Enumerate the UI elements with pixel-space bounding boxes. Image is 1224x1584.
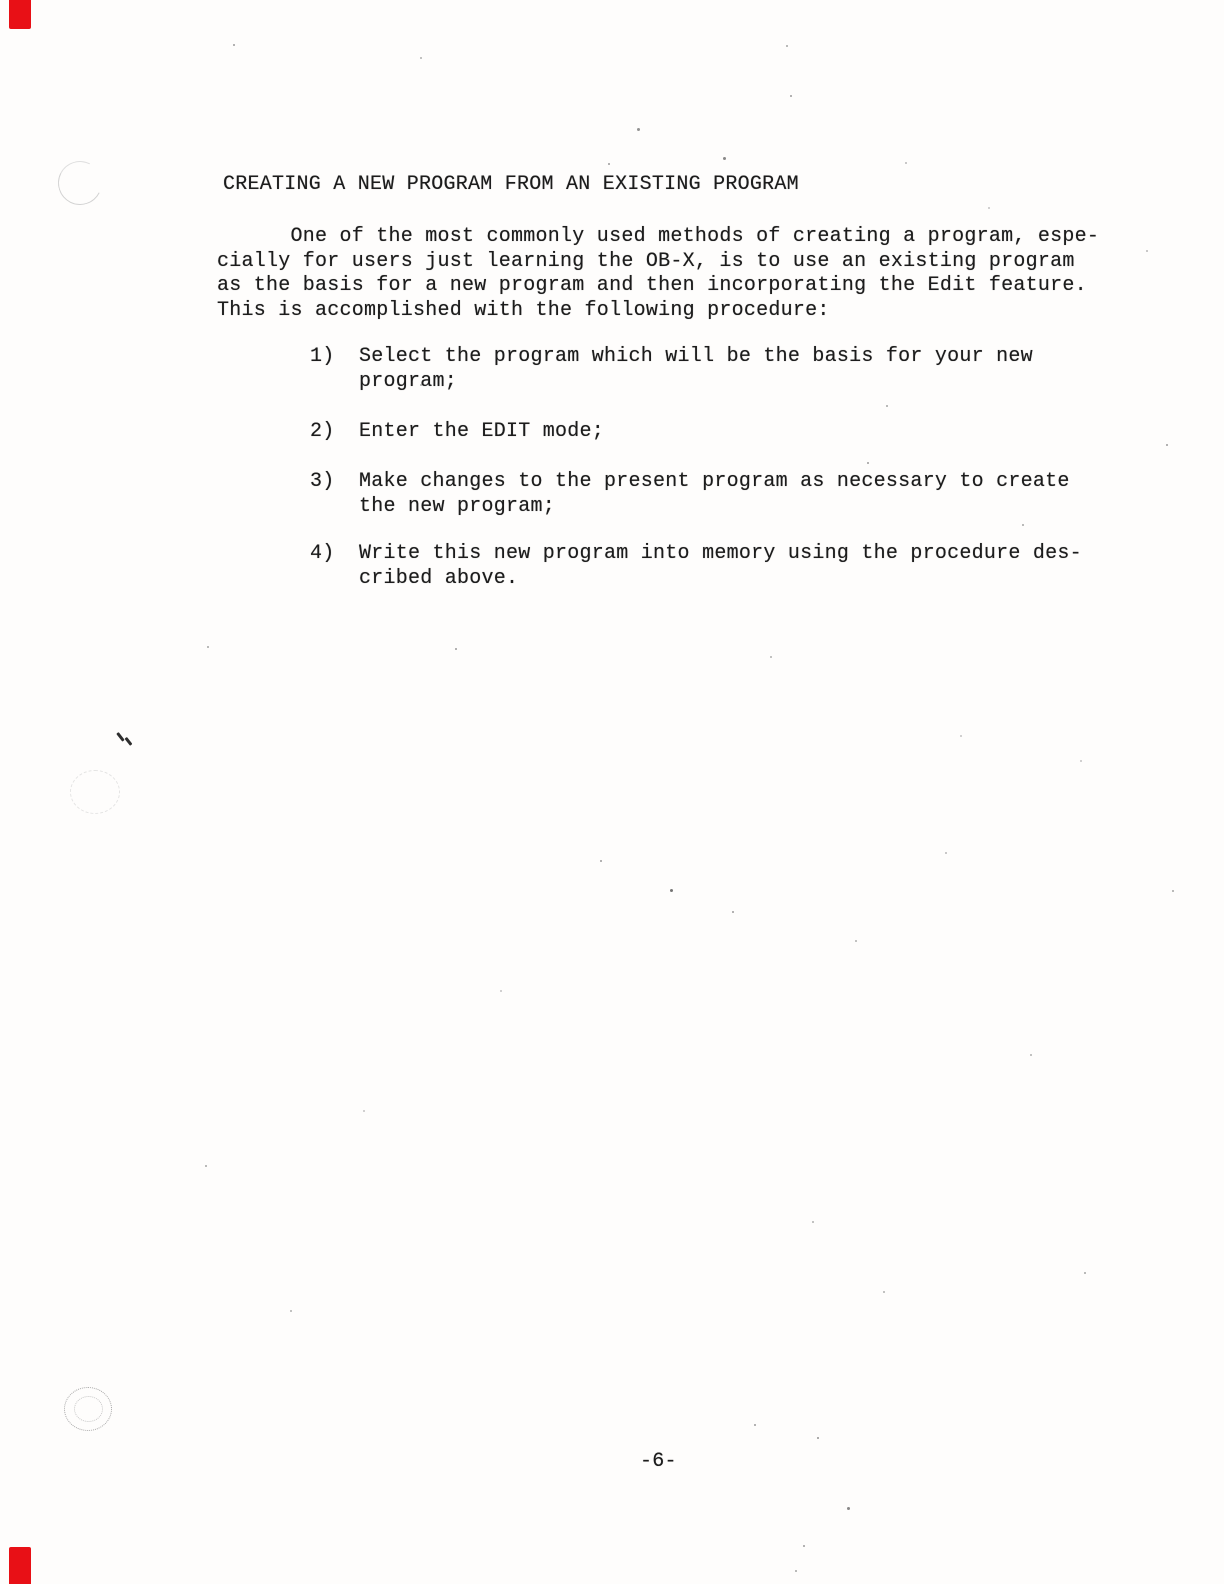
stray-pen-mark [124,737,132,746]
stray-pen-mark [116,732,124,741]
scan-speck [770,656,772,658]
page-title: CREATING A NEW PROGRAM FROM AN EXISTING … [223,173,799,198]
scan-speck [812,1221,814,1223]
scan-speck [803,1545,805,1547]
scan-speck [290,1310,292,1312]
binder-red-mark-top [9,0,31,29]
scan-speck [905,162,907,164]
intro-paragraph: One of the most commonly used methods of… [217,225,1099,323]
scanned-document-page: CREATING A NEW PROGRAM FROM AN EXISTING … [0,0,1224,1584]
scan-speck [500,990,502,992]
scan-speck [1084,1272,1086,1274]
scan-speck [754,1424,756,1426]
scan-speck [363,1110,365,1112]
scan-speck [790,95,792,97]
scan-speck [1022,524,1024,526]
scan-speck [1172,890,1174,892]
scan-speck [205,1165,207,1167]
list-item-1: 1) Select the program which will be the … [310,345,1033,394]
list-item-4: 4) Write this new program into memory us… [310,542,1082,591]
list-item-2: 2) Enter the EDIT mode; [310,420,604,445]
scan-speck [1030,1054,1032,1056]
binder-red-mark-bottom [9,1547,31,1584]
scan-speck [608,163,610,165]
scan-speck [786,45,788,47]
scan-speck [207,646,209,648]
scan-speck [455,648,457,650]
scan-speck [988,207,990,209]
scan-speck [960,735,962,737]
scan-speck [867,462,869,464]
scan-speck [1080,760,1082,762]
scan-speck [855,940,857,942]
scan-speck [847,1507,850,1510]
scan-speck [420,57,422,59]
list-item-3: 3) Make changes to the present program a… [310,470,1070,519]
faint-circle-mark-inner [74,1396,103,1422]
scan-speck [883,1291,885,1293]
scan-speck [1166,444,1168,446]
scan-speck [233,44,235,46]
scan-speck [723,157,726,160]
faint-stamp-ring [70,770,120,814]
scan-speck [637,128,640,131]
faint-stamp-arc [52,155,107,210]
scan-speck [600,860,602,862]
scan-speck [795,1570,797,1572]
scan-speck [817,1437,819,1439]
scan-speck [732,911,734,913]
scan-speck [886,405,888,407]
scan-speck [1146,250,1148,252]
page-number: -6- [640,1450,677,1475]
scan-speck [670,889,673,892]
scan-speck [945,852,947,854]
